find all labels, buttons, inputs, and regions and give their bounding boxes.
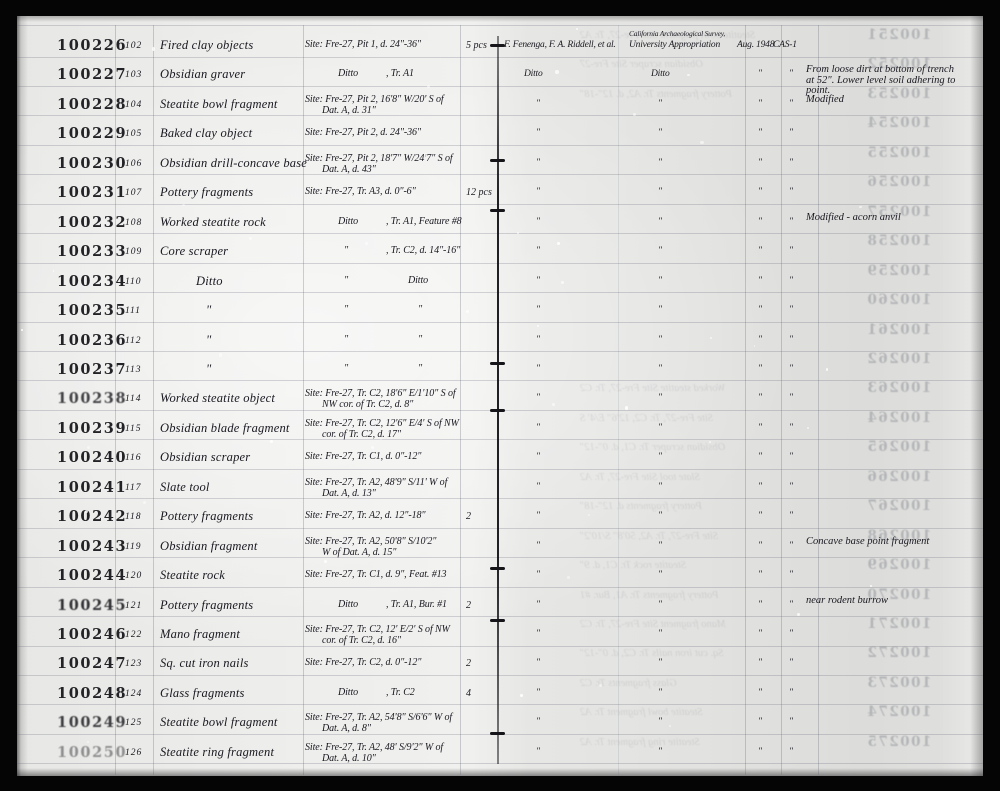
site-provenience: Ditto xyxy=(408,276,428,287)
ledger-collector: " xyxy=(536,158,540,168)
ledger-accession-source: Ditto xyxy=(651,69,670,79)
bleed-through-number: 100261 xyxy=(866,322,931,338)
site-provenience: Dat. A, d. 43" xyxy=(322,165,376,176)
ledger-accession-number: " xyxy=(789,187,793,197)
object-description: Pottery fragments xyxy=(160,598,253,613)
ledger-accession-source: " xyxy=(658,393,662,403)
scan-speck xyxy=(152,47,155,50)
binding-tick xyxy=(490,159,505,162)
entry-number: 122 xyxy=(125,630,142,640)
bleed-through-number: 100262 xyxy=(866,351,931,367)
entry-number: 120 xyxy=(125,571,142,581)
scan-speck xyxy=(700,141,703,144)
bleed-through-script: Sq. cut iron nails Tr. C2, d. 0"-12" xyxy=(580,648,724,659)
scan-speck xyxy=(380,438,382,440)
binding-tick xyxy=(490,209,505,212)
bleed-through-script: Steatite ring fragment Tr. A2 xyxy=(580,737,700,748)
ledger-accession-date: " xyxy=(758,717,762,727)
ledger-collector: " xyxy=(536,276,540,286)
ledger-collector: " xyxy=(536,747,540,757)
rule-line-horizontal xyxy=(17,528,983,529)
rule-line-horizontal xyxy=(17,704,983,705)
bleed-through-number: 100264 xyxy=(866,410,931,426)
site-provenience: " xyxy=(344,364,348,375)
ledger-accession-number: " xyxy=(789,511,793,521)
rule-line-horizontal xyxy=(17,763,983,764)
object-description: " xyxy=(206,333,211,348)
bleed-through-number: 100272 xyxy=(866,645,931,661)
site-provenience: " xyxy=(344,276,348,287)
ledger-accession-number: " xyxy=(789,600,793,610)
ledger-accession-date: " xyxy=(758,246,762,256)
site-provenience: NW cor. of Tr. C2, d. 8" xyxy=(322,400,413,411)
scan-speck xyxy=(807,427,809,429)
object-description: Obsidian fragment xyxy=(160,539,258,554)
site-provenience: " xyxy=(344,335,348,346)
scan-speck xyxy=(87,446,90,449)
ledger-accession-number: " xyxy=(789,393,793,403)
site-provenience: Ditto xyxy=(338,688,358,699)
ledger-accession-date: " xyxy=(758,658,762,668)
catalog-number: 100249 xyxy=(57,714,127,731)
bleed-through-script: Pottery fragments Tr. A2, d. 12"-18" xyxy=(580,89,732,100)
quantity: 5 pcs xyxy=(466,40,487,51)
ledger-collector: " xyxy=(536,305,540,315)
scan-speck xyxy=(365,242,368,245)
site-provenience: Site: Fre-27, Pit 1, d. 24"-36" xyxy=(305,40,421,51)
ledger-collector: " xyxy=(536,393,540,403)
ledger-collector: " xyxy=(536,629,540,639)
bleed-through-script: Slate tool Site Fre-27, Tr. A2 xyxy=(580,472,700,483)
ledger-accession-date: " xyxy=(758,511,762,521)
object-description: Worked steatite object xyxy=(160,391,275,406)
bleed-through-script: Glass fragments Tr. C2 xyxy=(580,678,677,689)
rule-line-horizontal xyxy=(17,351,983,352)
bleed-through-number: 100258 xyxy=(866,233,931,249)
ledger-accession-date: " xyxy=(758,335,762,345)
site-provenience: Site: Fre-27, Tr. A3, d. 0"-6" xyxy=(305,187,416,198)
catalog-number: 100234 xyxy=(57,273,127,290)
ledger-accession-source: " xyxy=(658,629,662,639)
object-description: Steatite bowl fragment xyxy=(160,715,278,730)
ledger-collector: F. Fenenga, F. A. Riddell, et al. xyxy=(504,40,616,50)
site-provenience: Dat. A, d. 8" xyxy=(322,724,371,735)
ledger-accession-date: " xyxy=(758,688,762,698)
ledger-accession-date: " xyxy=(758,158,762,168)
ledger-accession-source: " xyxy=(658,423,662,433)
ledger-collector: " xyxy=(536,600,540,610)
site-provenience: cor. of Tr. C2, d. 16" xyxy=(322,636,401,647)
ledger-accession-date: " xyxy=(758,570,762,580)
catalog-number: 100236 xyxy=(57,332,127,349)
scan-speck xyxy=(371,446,374,449)
ledger-accession-date: " xyxy=(758,600,762,610)
object-description: " xyxy=(206,303,211,318)
rule-line-horizontal xyxy=(17,57,983,58)
scan-speck xyxy=(669,725,671,727)
site-provenience: , Tr. A1, Feature #8 xyxy=(386,217,462,228)
ledger-collector: " xyxy=(536,570,540,580)
rule-line-horizontal xyxy=(17,587,983,588)
scan-speck xyxy=(53,270,55,272)
binding-tick xyxy=(490,619,505,622)
ledger-collector: " xyxy=(536,658,540,668)
ledger-accession-date: " xyxy=(758,452,762,462)
object-description: Worked steatite rock xyxy=(160,215,266,230)
entry-number: 111 xyxy=(125,306,141,316)
site-provenience: Dat. A, d. 31" xyxy=(322,106,376,117)
bleed-through-script: Site Fre-27, Tr. A2, 50'8" S/10'2" xyxy=(580,531,718,542)
ledger-accession-date: Aug. 1948 xyxy=(737,40,774,50)
site-provenience: Site: Fre-27, Tr. C2, 12'6" E/4' S of NW xyxy=(305,419,459,430)
bleed-through-script: Steatite bowl fragment Site Fre-27, Tr. … xyxy=(580,30,755,41)
entry-number: 121 xyxy=(125,601,142,611)
ledger-accession-date: " xyxy=(758,423,762,433)
catalog-number: 100237 xyxy=(57,361,127,378)
ledger-collector: " xyxy=(536,99,540,109)
object-description: Steatite rock xyxy=(160,568,225,583)
entry-number: 106 xyxy=(125,159,142,169)
scan-speck xyxy=(555,70,558,73)
ledger-collector: " xyxy=(536,364,540,374)
entry-number: 108 xyxy=(125,218,142,228)
catalog-number: 100247 xyxy=(57,655,127,672)
rule-line-vertical xyxy=(153,25,154,775)
object-description: Slate tool xyxy=(160,480,210,495)
ledger-accession-source: " xyxy=(658,128,662,138)
bleed-through-script: Pottery fragments d. 12"-18" xyxy=(580,501,702,512)
entry-number: 113 xyxy=(125,365,142,375)
bleed-through-number: 100252 xyxy=(866,56,931,72)
ledger-accession-date: " xyxy=(758,217,762,227)
scan-speck xyxy=(87,741,89,743)
rule-line-vertical xyxy=(745,25,746,775)
scan-speck xyxy=(204,666,206,668)
ledger-accession-source: " xyxy=(658,747,662,757)
bleed-through-number: 100270 xyxy=(866,587,931,603)
rule-line-horizontal xyxy=(17,439,983,440)
bleed-through-number: 100255 xyxy=(866,145,931,161)
bleed-through-script: Site Fre-27, Tr. C2, 12'6" E/4' S xyxy=(580,413,713,424)
site-provenience: Site: Fre-27, Tr. A2, 48' S/9'2" W of xyxy=(305,743,443,754)
object-description: Sq. cut iron nails xyxy=(160,656,249,671)
rule-line-horizontal xyxy=(17,233,983,234)
entry-number: 103 xyxy=(125,70,142,80)
catalog-number: 100229 xyxy=(57,125,127,142)
site-provenience: " xyxy=(418,335,422,346)
binding-line xyxy=(497,36,499,764)
site-provenience: cor. of Tr. C2, d. 17" xyxy=(322,430,401,441)
rule-line-vertical xyxy=(818,25,819,775)
ledger-accession-number: " xyxy=(789,99,793,109)
ledger-collector: " xyxy=(536,246,540,256)
rule-line-horizontal xyxy=(17,557,983,558)
quantity: 2 xyxy=(466,511,471,522)
ledger-accession-number: " xyxy=(789,128,793,138)
ledger-accession-source: " xyxy=(658,570,662,580)
bleed-through-number: 100256 xyxy=(866,174,931,190)
rule-line-horizontal xyxy=(17,263,983,264)
ledger-accession-source: " xyxy=(658,99,662,109)
scan-speck xyxy=(859,206,862,209)
bleed-through-number: 100265 xyxy=(866,439,931,455)
object-description: Obsidian blade fragment xyxy=(160,421,290,436)
scan-speck xyxy=(561,281,564,284)
ledger-accession-source: " xyxy=(658,600,662,610)
ledger-accession-source: " xyxy=(658,217,662,227)
site-provenience: Site: Fre-27, Tr. C2, 18'6" E/1'10" S of xyxy=(305,389,456,400)
ledger-accession-number: " xyxy=(789,747,793,757)
entry-number: 110 xyxy=(125,277,142,287)
rule-line-horizontal xyxy=(17,292,983,293)
scanned-ledger-photo: 100226102Fired clay objectsSite: Fre-27,… xyxy=(0,0,1000,791)
ledger-collector: " xyxy=(536,128,540,138)
catalog-number: 100250 xyxy=(57,744,127,761)
ledger-collector: " xyxy=(536,423,540,433)
ledger-accession-number: " xyxy=(789,688,793,698)
site-provenience: Site: Fre-27, Tr. C2, 12' E/2' S of NW xyxy=(305,625,450,636)
catalog-number: 100235 xyxy=(57,302,127,319)
catalog-number: 100233 xyxy=(57,243,127,260)
ledger-accession-source: " xyxy=(658,246,662,256)
site-provenience: Site: Fre-27, Pit 2, 16'8" W/20' S of xyxy=(305,95,444,106)
rule-line-horizontal xyxy=(17,115,983,116)
ledger-collector: " xyxy=(536,717,540,727)
binding-tick xyxy=(490,567,505,570)
ledger-accession-source: " xyxy=(658,658,662,668)
scan-speck xyxy=(249,237,252,240)
ledger-accession-number: " xyxy=(789,246,793,256)
rule-line-horizontal xyxy=(17,145,983,146)
bleed-through-number: 100275 xyxy=(866,734,931,750)
bleed-through-script: Worked steatite Site Fre-27, Tr. C2 xyxy=(580,383,725,394)
ledger-collector: " xyxy=(536,688,540,698)
site-provenience: " xyxy=(344,246,348,257)
catalog-number: 100227 xyxy=(57,66,127,83)
ledger-accession-source: " xyxy=(658,335,662,345)
site-provenience: " xyxy=(418,364,422,375)
entry-number: 125 xyxy=(125,718,142,728)
ledger-collector: " xyxy=(536,335,540,345)
site-provenience: Site: Fre-27, Tr. C1, d. 0"-12" xyxy=(305,452,421,463)
object-description: Core scraper xyxy=(160,244,228,259)
ledger-accession-number: " xyxy=(789,69,793,79)
site-provenience: Dat. A, d. 13" xyxy=(322,489,376,500)
bleed-through-number: 100269 xyxy=(866,557,931,573)
site-provenience: Site: Fre-27, Tr. A2, 54'8" S/6'6" W of xyxy=(305,713,452,724)
scan-speck xyxy=(826,368,828,370)
quantity: 2 xyxy=(466,658,471,669)
site-provenience: Dat. A, d. 10" xyxy=(322,754,376,765)
ledger-accession-number: " xyxy=(789,335,793,345)
ledger-accession-number: " xyxy=(789,570,793,580)
bleed-through-number: 100273 xyxy=(866,675,931,691)
bleed-through-number: 100260 xyxy=(866,292,931,308)
site-provenience: " xyxy=(418,305,422,316)
ledger-accession-date: " xyxy=(758,187,762,197)
ledger-collector: " xyxy=(536,482,540,492)
ledger-collector: " xyxy=(536,187,540,197)
binding-tick xyxy=(490,409,505,412)
scan-speck xyxy=(588,514,590,516)
ledger-collector: " xyxy=(536,452,540,462)
scan-speck xyxy=(576,28,578,30)
entry-number: 119 xyxy=(125,542,142,552)
ledger-accession-date: " xyxy=(758,128,762,138)
ledger-accession-number: CAS-1 xyxy=(773,40,797,50)
ledger-accession-number: " xyxy=(789,629,793,639)
ledger-accession-source: " xyxy=(658,688,662,698)
rule-line-horizontal xyxy=(17,498,983,499)
object-description: Baked clay object xyxy=(160,126,252,141)
entry-number: 118 xyxy=(125,512,142,522)
ledger-accession-source: " xyxy=(658,482,662,492)
rule-line-horizontal xyxy=(17,380,983,381)
catalog-number: 100238 xyxy=(57,390,127,407)
catalog-number: 100242 xyxy=(57,508,127,525)
catalog-number: 100241 xyxy=(57,479,127,496)
object-description: Obsidian scraper xyxy=(160,450,250,465)
rule-line-vertical xyxy=(618,25,619,775)
rule-line-vertical xyxy=(781,25,782,775)
scan-speck xyxy=(520,694,522,696)
ledger-accession-number: " xyxy=(789,658,793,668)
entry-number: 115 xyxy=(125,424,142,434)
object-description: Pottery fragments xyxy=(160,185,253,200)
site-provenience: , Tr. A1 xyxy=(386,69,414,80)
catalog-number: 100246 xyxy=(57,626,127,643)
site-provenience: Ditto xyxy=(338,600,358,611)
catalog-number: 100232 xyxy=(57,214,127,231)
bleed-through-number: 100254 xyxy=(866,115,931,131)
scan-speck xyxy=(710,337,712,339)
site-provenience: Site: Fre-27, Pit 2, d. 24"-36" xyxy=(305,128,421,139)
ledger-accession-source: " xyxy=(658,541,662,551)
scan-speck xyxy=(143,501,146,504)
bleed-through-script: Pottery fragments Tr. A1, Bur. #1 xyxy=(580,590,719,601)
ledger-collector: " xyxy=(536,217,540,227)
scan-speck xyxy=(537,325,539,327)
ledger-collector: Ditto xyxy=(524,69,543,79)
bleed-through-number: 100257 xyxy=(866,204,931,220)
entry-number: 126 xyxy=(125,748,142,758)
entry-number: 105 xyxy=(125,129,142,139)
bleed-through-number: 100253 xyxy=(866,86,931,102)
ledger-collector: " xyxy=(536,541,540,551)
ledger-accession-number: " xyxy=(789,423,793,433)
ledger-accession-source: " xyxy=(658,158,662,168)
ledger-accession-number: " xyxy=(789,305,793,315)
scan-speck xyxy=(340,225,343,228)
bleed-through-number: 100267 xyxy=(866,498,931,514)
rule-line-horizontal xyxy=(17,646,983,647)
entry-number: 116 xyxy=(125,453,142,463)
entry-number: 102 xyxy=(125,41,142,51)
scan-speck xyxy=(557,242,560,245)
ledger-accession-source: " xyxy=(658,452,662,462)
quantity: 2 xyxy=(466,600,471,611)
catalog-number: 100230 xyxy=(57,155,127,172)
scan-speck xyxy=(552,403,555,406)
catalog-number: 100243 xyxy=(57,538,127,555)
entry-number: 117 xyxy=(125,483,142,493)
site-provenience: Site: Fre-27, Tr. A2, d. 12"-18" xyxy=(305,511,425,522)
scan-speck xyxy=(219,353,222,356)
quantity: 4 xyxy=(466,688,471,699)
remarks: Modified xyxy=(806,95,844,106)
ledger-accession-number: " xyxy=(789,717,793,727)
ledger-accession-number: " xyxy=(789,217,793,227)
scan-speck xyxy=(424,153,427,156)
bleed-through-number: 100259 xyxy=(866,263,931,279)
binding-tick xyxy=(490,44,505,47)
rule-line-horizontal xyxy=(17,204,983,205)
site-provenience: " xyxy=(344,305,348,316)
ledger-accession-date: " xyxy=(758,482,762,492)
ledger-accession-number: " xyxy=(789,276,793,286)
ledger-accession-source: " xyxy=(658,276,662,286)
scan-speck xyxy=(270,440,273,443)
ledger-accession-source: " xyxy=(658,717,662,727)
catalog-number: 100240 xyxy=(57,449,127,466)
rule-line-horizontal xyxy=(17,675,983,676)
scan-speck xyxy=(21,329,23,331)
ledger-accession-date: " xyxy=(758,69,762,79)
bleed-through-script: Steatite rock Tr. C1, d. 9" xyxy=(580,560,686,571)
scan-speck xyxy=(913,70,915,72)
site-provenience: Site: Fre-27, Tr. C2, d. 0"-12" xyxy=(305,658,421,669)
scan-speck xyxy=(709,441,711,443)
bleed-through-script: Obsidian scraper Tr. C1, d. 0"-12" xyxy=(580,442,725,453)
catalog-number: 100239 xyxy=(57,420,127,437)
ledger-accession-date: " xyxy=(758,305,762,315)
ledger-accession-date: " xyxy=(758,747,762,757)
entry-number: 109 xyxy=(125,247,142,257)
object-description: Fired clay objects xyxy=(160,38,253,53)
entry-number: 114 xyxy=(125,394,142,404)
ledger-accession-date: " xyxy=(758,541,762,551)
entry-number: 124 xyxy=(125,689,142,699)
site-provenience: W of Dat. A, d. 15" xyxy=(322,548,396,559)
ledger-accession-date: " xyxy=(758,276,762,286)
bleed-through-number: 100271 xyxy=(866,616,931,632)
object-description: " xyxy=(206,362,211,377)
ledger-page: 100226102Fired clay objectsSite: Fre-27,… xyxy=(17,16,983,776)
object-description: Obsidian graver xyxy=(160,67,245,82)
object-description: Pottery fragments xyxy=(160,509,253,524)
scan-speck xyxy=(687,74,690,77)
rule-line-vertical xyxy=(303,25,304,775)
catalog-number: 100228 xyxy=(57,96,127,113)
object-description: Mano fragment xyxy=(160,627,240,642)
ledger-accession-source: " xyxy=(658,511,662,521)
site-provenience: Site: Fre-27, Tr. A2, 48'9" S/11' W of xyxy=(305,478,447,489)
ledger-accession-source: University Appropriation xyxy=(629,40,720,50)
scan-speck xyxy=(324,560,327,563)
bleed-through-number: 100274 xyxy=(866,704,931,720)
ledger-accession-number: " xyxy=(789,452,793,462)
quantity: 12 pcs xyxy=(466,187,492,198)
site-provenience: , Tr. C2, d. 14"-16" xyxy=(386,246,460,257)
rule-line-vertical xyxy=(460,25,461,775)
catalog-number: 100226 xyxy=(57,37,127,54)
bleed-through-number: 100263 xyxy=(866,380,931,396)
scan-speck xyxy=(754,345,756,347)
object-description: Ditto xyxy=(196,274,223,289)
site-provenience: Site: Fre-27, Tr. C1, d. 9", Feat. #13 xyxy=(305,570,446,581)
bleed-through-number: 100251 xyxy=(866,27,931,43)
site-provenience: , Tr. C2 xyxy=(386,688,415,699)
